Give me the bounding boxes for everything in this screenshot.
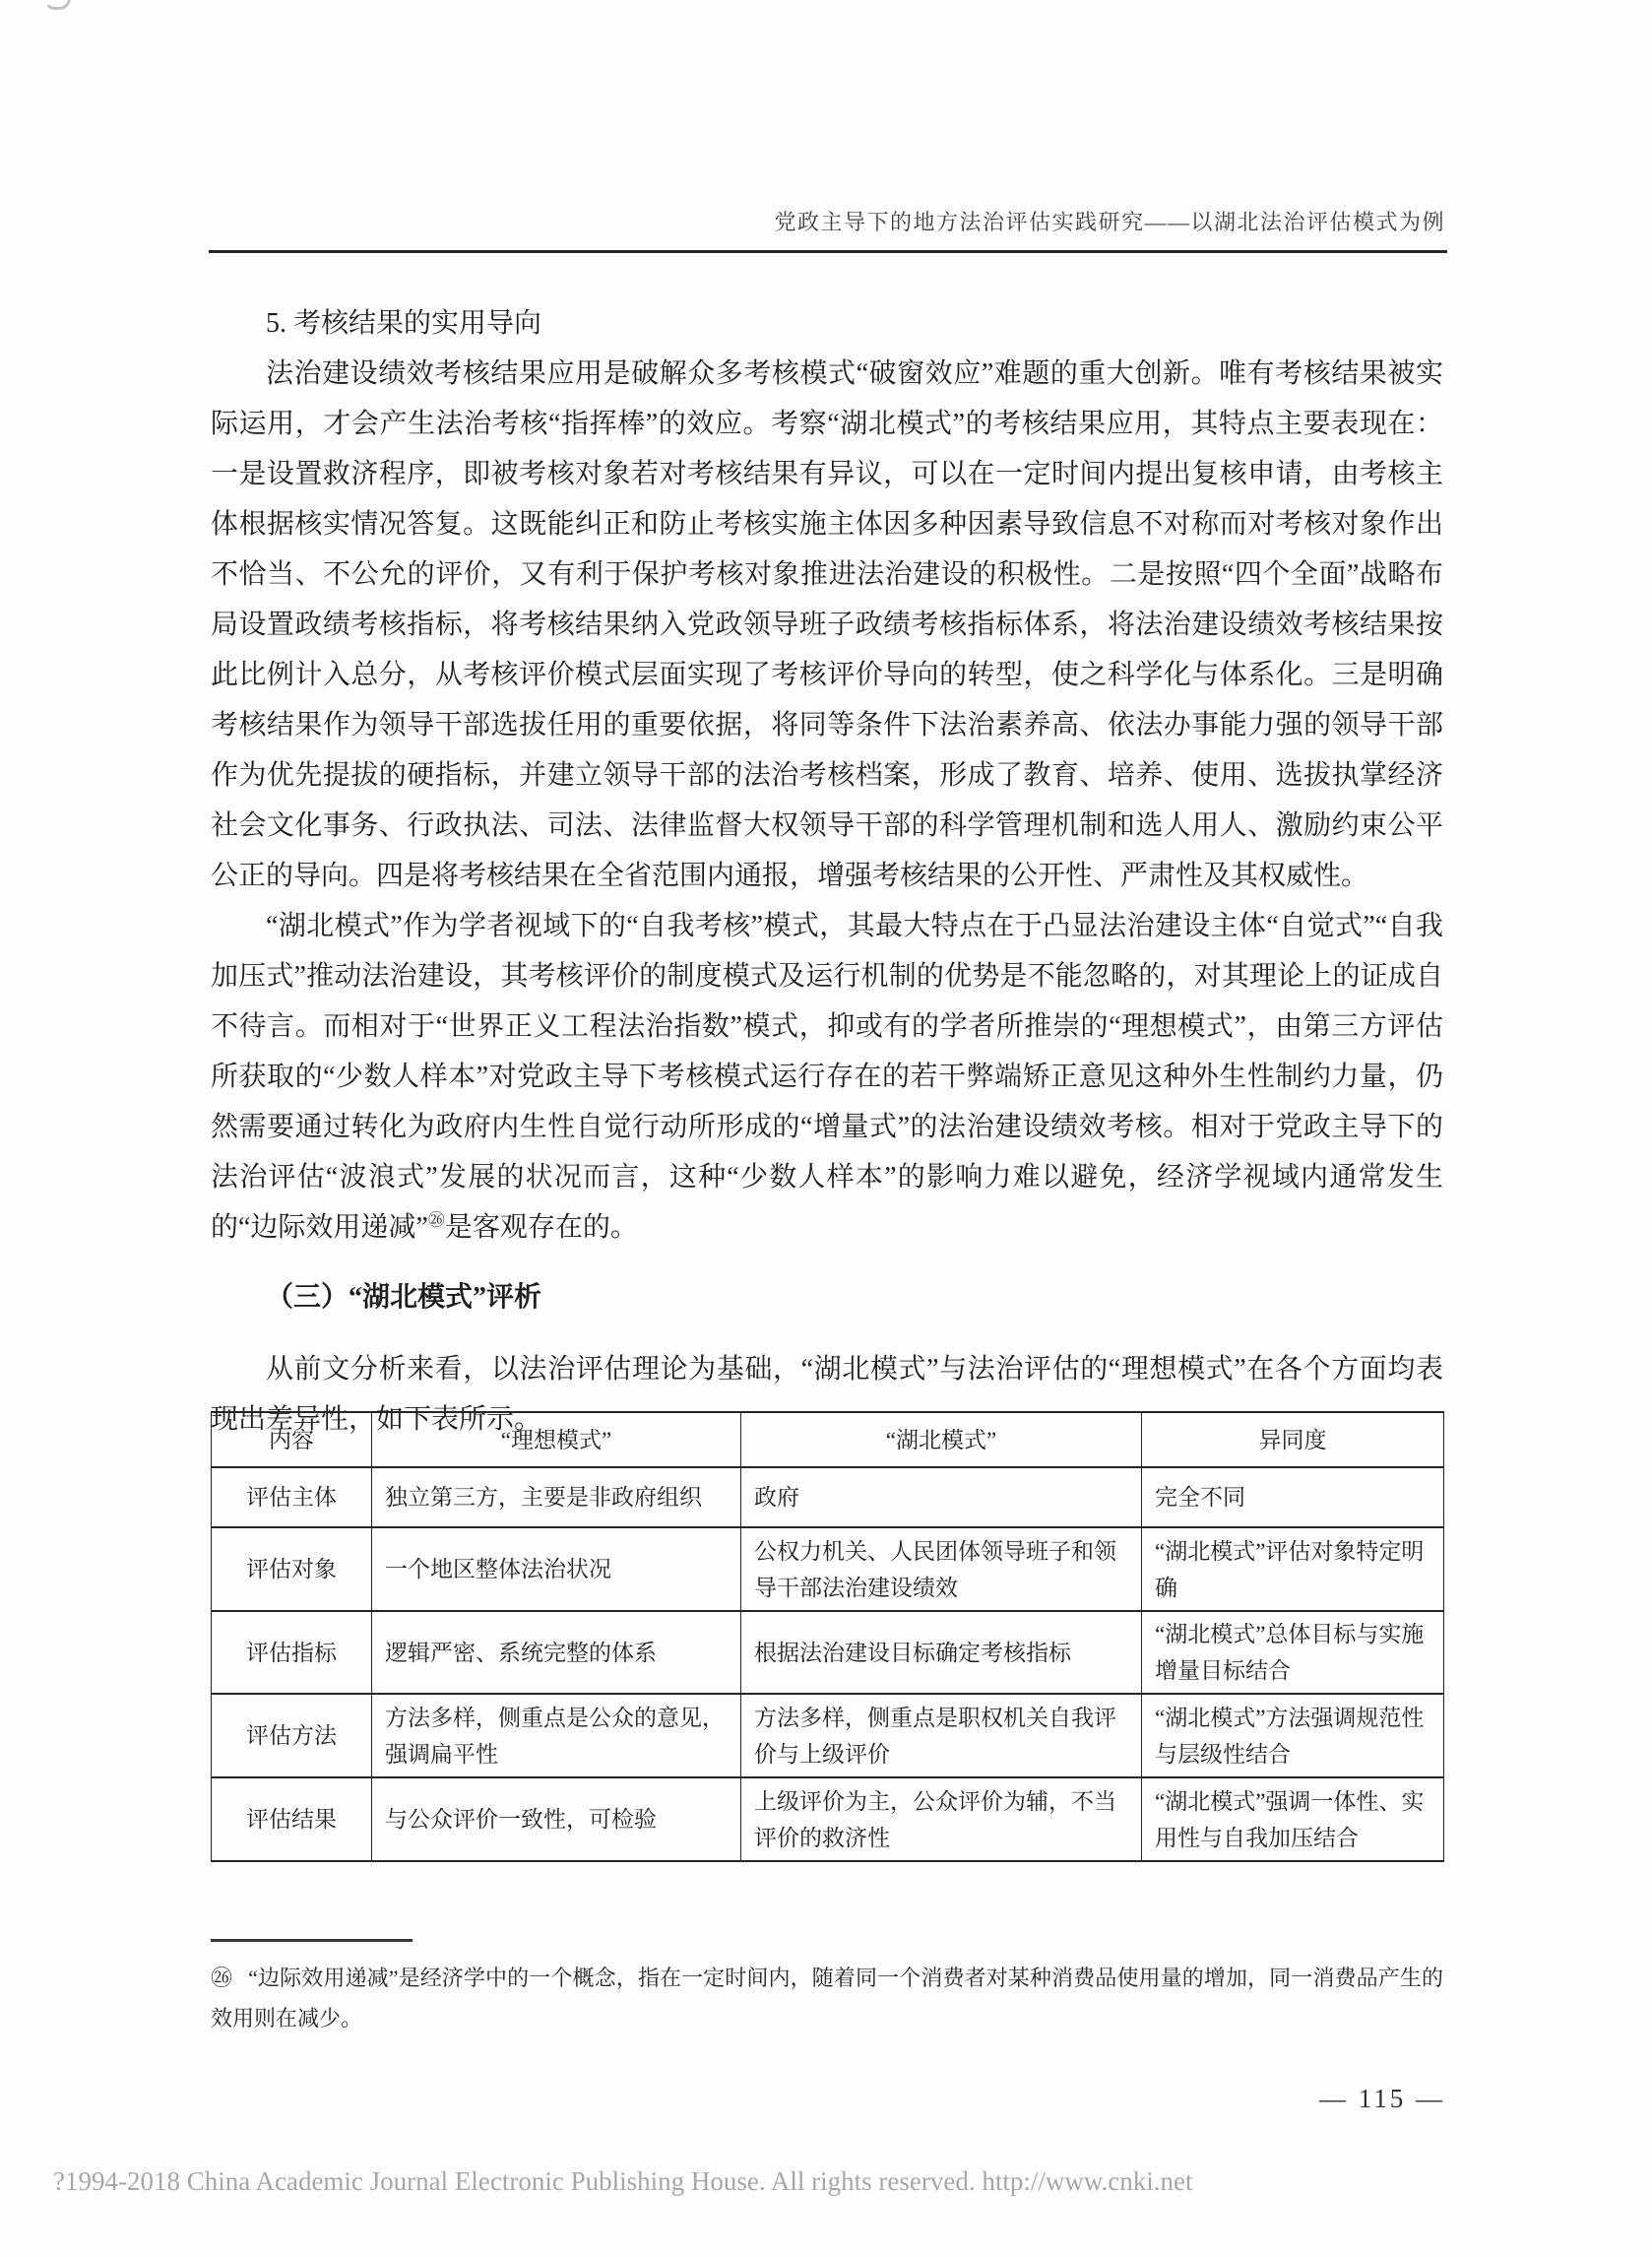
cell-ideal: 逻辑严密、系统完整的体系	[372, 1611, 741, 1694]
footnote: ㉖“边际效用递减”是经济学中的一个概念，指在一定时间内，随着同一个消费者对某种消…	[211, 1958, 1443, 2038]
cell-similarity: “湖北模式”强调一体性、实用性与自我加压结合	[1142, 1777, 1444, 1861]
footnote-divider	[211, 1939, 413, 1942]
footnote-text: “边际效用递减”是经济学中的一个概念，指在一定时间内，随着同一个消费者对某种消费…	[211, 1966, 1443, 2031]
paragraph-2-text: “湖北模式”作为学者视域下的“自我考核”模式，其最大特点在于凸显法治建设主体“自…	[211, 911, 1443, 1243]
page-number: — 115 —	[211, 2084, 1445, 2114]
body-text: 5. 考核结果的实用导向 法治建设绩效考核结果应用是破解众多考核模式“破窗效应”…	[211, 298, 1443, 1445]
paragraph-1: 法治建设绩效考核结果应用是破解众多考核模式“破窗效应”难题的重大创新。唯有考核结…	[211, 349, 1443, 901]
table-row: 评估结果 与公众评价一致性，可检验 上级评价为主，公众评价为辅，不当评价的救济性…	[212, 1777, 1444, 1861]
cell-ideal: 方法多样，侧重点是公众的意见，强调扁平性	[372, 1694, 741, 1777]
footnote-reference-mark: ㉖	[428, 1211, 445, 1230]
row-label: 评估方法	[212, 1694, 372, 1777]
table-header-similarity: 异同度	[1142, 1412, 1444, 1467]
running-title: 党政主导下的地方法治评估实践研究——以湖北法治评估模式为例	[211, 206, 1445, 236]
header-rule	[209, 250, 1447, 253]
cell-similarity: 完全不同	[1142, 1467, 1444, 1527]
table-header-ideal-mode: “理想模式”	[372, 1412, 741, 1467]
table-row: 评估指标 逻辑严密、系统完整的体系 根据法治建设目标确定考核指标 “湖北模式”总…	[212, 1611, 1444, 1694]
table-header-content: 内容	[212, 1412, 372, 1467]
journal-page: 党政主导下的地方法治评估实践研究——以湖北法治评估模式为例 5. 考核结果的实用…	[0, 0, 1652, 2257]
cell-similarity: “湖北模式”评估对象特定明确	[1142, 1527, 1444, 1611]
cell-similarity: “湖北模式”方法强调规范性与层级性结合	[1142, 1694, 1444, 1777]
cell-hubei: 政府	[741, 1467, 1142, 1527]
cell-ideal: 独立第三方，主要是非政府组织	[372, 1467, 741, 1527]
table-row: 评估对象 一个地区整体法治状况 公权力机关、人民团体领导班子和领导干部法治建设绩…	[212, 1527, 1444, 1611]
table-row: 评估方法 方法多样，侧重点是公众的意见，强调扁平性 方法多样，侧重点是职权机关自…	[212, 1694, 1444, 1777]
scan-artifact	[43, 0, 71, 10]
comparison-table: 内容 “理想模式” “湖北模式” 异同度 评估主体 独立第三方，主要是非政府组织…	[211, 1411, 1444, 1862]
subsection-heading: 5. 考核结果的实用导向	[211, 298, 1443, 349]
copyright-line: ?1994-2018 China Academic Journal Electr…	[53, 2166, 1193, 2197]
cell-ideal: 与公众评价一致性，可检验	[372, 1777, 741, 1861]
table-header-hubei-mode: “湖北模式”	[741, 1412, 1142, 1467]
paragraph-2: “湖北模式”作为学者视域下的“自我考核”模式，其最大特点在于凸显法治建设主体“自…	[211, 901, 1443, 1253]
cell-hubei: 方法多样，侧重点是职权机关自我评价与上级评价	[741, 1694, 1142, 1777]
row-label: 评估主体	[212, 1467, 372, 1527]
table-row: 评估主体 独立第三方，主要是非政府组织 政府 完全不同	[212, 1467, 1444, 1527]
cell-similarity: “湖北模式”总体目标与实施增量目标结合	[1142, 1611, 1444, 1694]
footnote-marker: ㉖	[211, 1966, 232, 1990]
row-label: 评估结果	[212, 1777, 372, 1861]
cell-hubei: 根据法治建设目标确定考核指标	[741, 1611, 1142, 1694]
paragraph-2-tail: 是客观存在的。	[445, 1212, 638, 1243]
row-label: 评估指标	[212, 1611, 372, 1694]
cell-hubei: 上级评价为主，公众评价为辅，不当评价的救济性	[741, 1777, 1142, 1861]
table-header-row: 内容 “理想模式” “湖北模式” 异同度	[212, 1412, 1444, 1467]
section-heading: （三）“湖北模式”评析	[211, 1272, 1443, 1322]
row-label: 评估对象	[212, 1527, 372, 1611]
cell-hubei: 公权力机关、人民团体领导班子和领导干部法治建设绩效	[741, 1527, 1142, 1611]
cell-ideal: 一个地区整体法治状况	[372, 1527, 741, 1611]
